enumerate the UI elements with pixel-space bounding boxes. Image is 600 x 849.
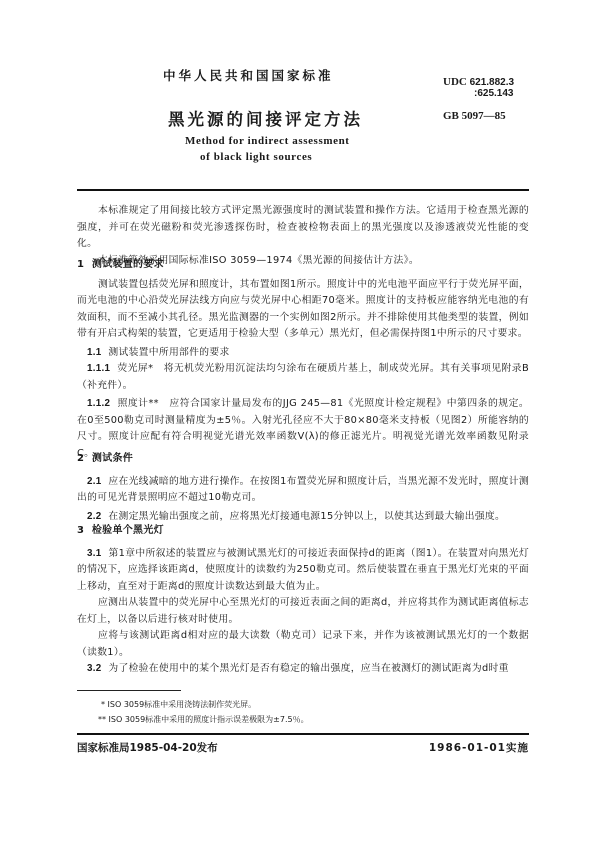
section-3-1-number: 3.1 bbox=[87, 548, 102, 559]
footnote-1: * ISO 3059标准中采用浇铸法制作荧光屏。 bbox=[101, 698, 256, 711]
section-3-1: 3.1 第1章中所叙述的装置应与被测试黑光灯的可接近表面保持d的距离（图1）。在… bbox=[77, 546, 529, 596]
section-2-1-text: 应在光线减暗的地方进行操作。在按图1布置荧光屏和照度计后，当黑光源不发光时，照度… bbox=[77, 476, 529, 504]
section-3-paragraph-3: 应将与该测试距离d相对应的最大读数（勒克司）记录下来，并作为该被测试黑光灯的一个… bbox=[77, 628, 529, 661]
section-1-heading: 1 测试装置的要求 bbox=[77, 257, 529, 274]
section-1-1-heading: 1.1 测试装置中所用部件的要求 bbox=[77, 345, 529, 362]
section-1-1-1: 1.1.1 荧光屏* 将无机荧光粉用沉淀法均匀涂布在硬质片基上，制成荧光屏。其有… bbox=[77, 361, 529, 394]
section-2: 2 测试条件 2.1 应在光线减暗的地方进行操作。在按图1布置荧光屏和照度计后，… bbox=[77, 451, 529, 525]
section-1-1-title: 测试装置中所用部件的要求 bbox=[108, 347, 229, 358]
national-standard-label: 中华人民共和国国家标准 bbox=[163, 66, 334, 84]
document-title-en: Method for indirect assessment of black … bbox=[185, 133, 350, 165]
header-divider bbox=[77, 189, 529, 191]
section-1: 1 测试装置的要求 测试装置包括荧光屏和照度计，其布置如图1所示。照度计中的光电… bbox=[77, 257, 529, 462]
gb-standard-number: GB 5097—85 bbox=[443, 110, 506, 122]
udc-classification: UDC 621.882.3 :625.143 bbox=[443, 77, 514, 99]
section-3-2-text: 为了检验在使用中的某个黑光灯是否有稳定的输出强度，应当在被测灯的测试距离为d时重 bbox=[108, 663, 508, 674]
section-1-1-1-number: 1.1.1 bbox=[87, 363, 110, 374]
section-3-number: 3 bbox=[77, 525, 84, 536]
udc-code-1: 621.882.3 bbox=[470, 77, 515, 88]
footnote-divider bbox=[77, 690, 181, 691]
section-1-1-2-number: 1.1.2 bbox=[87, 398, 110, 409]
section-3-title: 检验单个黑光灯 bbox=[92, 525, 164, 536]
footnote-2: ** ISO 3059标准中采用的照度计指示误差极限为±7.5％。 bbox=[98, 713, 309, 726]
footer-divider bbox=[77, 733, 529, 735]
section-3-2-number: 3.2 bbox=[87, 663, 102, 674]
section-2-2-text: 在测定黑光输出强度之前，应将黑光灯接通电源15分钟以上，以使其达到最大输出强度。 bbox=[108, 511, 505, 522]
udc-code-2: :625.143 bbox=[443, 88, 514, 99]
section-3-heading: 3 检验单个黑光灯 bbox=[77, 523, 529, 540]
issue-date: 国家标准局1985-04-20发布 bbox=[77, 740, 218, 755]
section-3-1-text: 第1章中所叙述的装置应与被测试黑光灯的可接近表面保持d的距离（图1）。在装置对向… bbox=[77, 548, 529, 592]
intro-paragraph-1: 本标准规定了用间接比较方式评定黑光源强度时的测试装置和操作方法。它适用于检查黑光… bbox=[77, 203, 529, 253]
section-3: 3 检验单个黑光灯 3.1 第1章中所叙述的装置应与被测试黑光灯的可接近表面保持… bbox=[77, 523, 529, 678]
section-2-title: 测试条件 bbox=[92, 453, 133, 464]
section-2-2-number: 2.2 bbox=[87, 511, 102, 522]
document-title-cn: 黑光源的间接评定方法 bbox=[168, 106, 363, 130]
section-2-number: 2 bbox=[77, 453, 84, 464]
section-1-1-number: 1.1 bbox=[87, 347, 102, 358]
udc-label: UDC bbox=[443, 76, 467, 88]
section-2-1: 2.1 应在光线减暗的地方进行操作。在按图1布置荧光屏和照度计后，当黑光源不发光… bbox=[77, 474, 529, 507]
section-1-number: 1 bbox=[77, 259, 84, 270]
section-1-1-2-text: 照度计** 应符合国家计量局发布的JJG 245—81《光照度计检定规程》中第四… bbox=[77, 398, 529, 459]
title-en-line1: Method for indirect assessment bbox=[185, 135, 350, 147]
title-en-line2: of black light sources bbox=[185, 149, 350, 165]
section-2-heading: 2 测试条件 bbox=[77, 451, 529, 468]
section-1-1-1-text: 荧光屏* 将无机荧光粉用沉淀法均匀涂布在硬质片基上，制成荧光屏。其有关事项见附录… bbox=[77, 363, 529, 391]
section-3-paragraph-2: 应测出从装置中的荧光屏中心至黑光灯的可接近表面之间的距离d，并应将其作为测试距离… bbox=[77, 595, 529, 628]
section-2-1-number: 2.1 bbox=[87, 476, 102, 487]
effective-date: 1986-01-01实施 bbox=[429, 740, 529, 755]
section-1-paragraph: 测试装置包括荧光屏和照度计，其布置如图1所示。照度计中的光电池平面应平行于荧光屏… bbox=[77, 277, 529, 343]
section-3-2: 3.2 为了检验在使用中的某个黑光灯是否有稳定的输出强度，应当在被测灯的测试距离… bbox=[77, 661, 529, 678]
section-1-title: 测试装置的要求 bbox=[92, 259, 164, 270]
